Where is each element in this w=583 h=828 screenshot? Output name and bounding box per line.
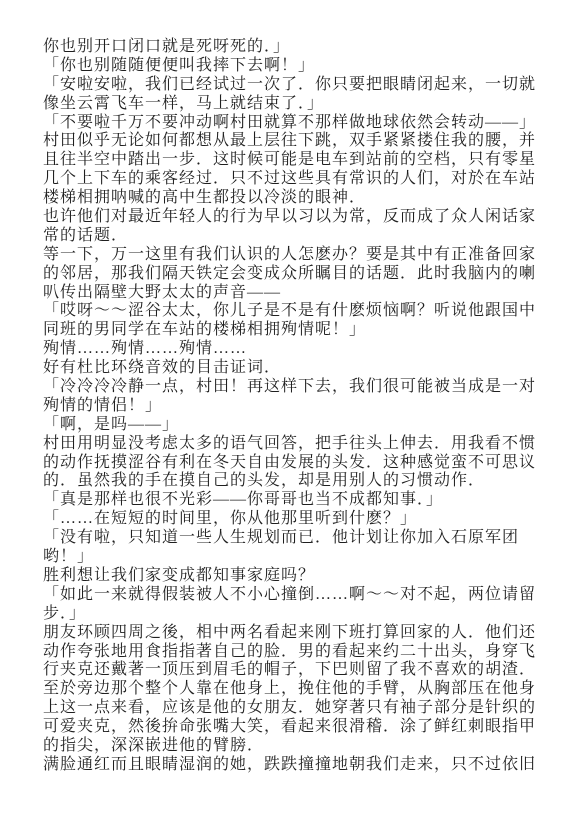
body-text: 你也别开口闭口就是死呀死的．」「你也别随随便便叫我摔下去啊！」「安啦安啦，我们已… xyxy=(43,38,543,775)
text-line: 殉情……殉情……殉情…… xyxy=(43,340,543,359)
book-page: 你也别开口闭口就是死呀死的．」「你也别随随便便叫我摔下去啊！」「安啦安啦，我们已… xyxy=(0,0,583,828)
text-line: 「啊，是吗——」 xyxy=(43,416,543,435)
text-line: 的指尖，深深嵌进他的臂膀． xyxy=(43,737,543,756)
text-line: 步．」 xyxy=(43,605,543,624)
text-line: 「没有啦，只知道一些人生规划而已．他计划让你加入石原军团 xyxy=(43,529,543,548)
text-line: 你也别开口闭口就是死呀死的．」 xyxy=(43,38,543,57)
text-line: 胜利想让我们家变成都知事家庭吗？ xyxy=(43,567,543,586)
text-line: 「如此一来就得假装被人不小心撞倒……啊～～对不起，两位请留 xyxy=(43,586,543,605)
text-line: 且往半空中踏出一步．这时候可能是电车到站前的空档，只有零星 xyxy=(43,151,543,170)
text-line: 「不要啦千万不要冲动啊村田就算不那样做地球依然会转动——」 xyxy=(43,114,543,133)
text-line: 上这一点来看，应该是他的女朋友．她穿著只有袖子部分是针织的 xyxy=(43,699,543,718)
text-line: 几个上下车的乘客经过．只不过这些具有常识的人们，对於在车站 xyxy=(43,170,543,189)
text-line: 「……在短短的时间里，你从他那里听到什麽？」 xyxy=(43,510,543,529)
text-line: 至於旁边那个整个人靠在他身上，挽住他的手臂，从胸部压在他身 xyxy=(43,680,543,699)
text-line: 的邻居，那我们隔天铁定会变成众所瞩目的话题．此时我脑内的喇 xyxy=(43,265,543,284)
text-line: 的动作抚摸涩谷有利在冬天自由发展的头发．这种感觉蛮不可思议 xyxy=(43,454,543,473)
text-line: 楼梯相拥呐喊的高中生都投以冷淡的眼神． xyxy=(43,189,543,208)
text-line: 常的话题． xyxy=(43,227,543,246)
text-line: 也许他们对最近年轻人的行为早以习以为常，反而成了众人闲话家 xyxy=(43,208,543,227)
text-line: 「你也别随随便便叫我摔下去啊！」 xyxy=(43,57,543,76)
text-line: 哟！」 xyxy=(43,548,543,567)
text-line: 的．虽然我的手在摸自己的头发，却是用别人的习惯动作． xyxy=(43,472,543,491)
text-line: 村田用明显没考虑太多的语气回答，把手往头上伸去．用我看不惯 xyxy=(43,435,543,454)
text-line: 满脸通红而且眼睛湿润的她，跌跌撞撞地朝我们走来，只不过依旧 xyxy=(43,756,543,775)
text-line: 朋友环顾四周之後，相中两名看起来刚下班打算回家的人．他们还 xyxy=(43,624,543,643)
text-line: 动作夸张地用食指指著自己的脸．男的看起来约二十出头，身穿飞 xyxy=(43,643,543,662)
text-line: 「真是那样也很不光彩——你哥哥也当不成都知事．」 xyxy=(43,491,543,510)
text-line: 好有杜比环绕音效的目击证词． xyxy=(43,359,543,378)
text-line: 等一下，万一这里有我们认识的人怎麽办？要是其中有正准备回家 xyxy=(43,246,543,265)
text-line: 「安啦安啦，我们已经试过一次了．你只要把眼睛闭起来，一切就 xyxy=(43,76,543,95)
text-line: 「哎呀～～涩谷太太，你儿子是不是有什麽烦恼啊？听说他跟国中 xyxy=(43,302,543,321)
text-line: 「冷冷冷冷静一点，村田！再这样下去，我们很可能被当成是一对 xyxy=(43,378,543,397)
text-line: 村田似乎无论如何都想从最上层往下跳，双手紧紧搂住我的腰，并 xyxy=(43,132,543,151)
text-line: 像坐云霄飞车一样，马上就结束了．」 xyxy=(43,95,543,114)
text-line: 同班的男同学在车站的楼梯相拥殉情呢！」 xyxy=(43,321,543,340)
text-line: 殉情的情侣！」 xyxy=(43,397,543,416)
text-line: 可爱夹克，然後拚命张嘴大笑，看起来很滑稽．涂了鲜红刺眼指甲 xyxy=(43,718,543,737)
text-line: 行夹克还戴著一顶压到眉毛的帽子，下巴则留了我不喜欢的胡渣． xyxy=(43,661,543,680)
text-line: 叭传出隔壁大野太太的声音—— xyxy=(43,284,543,303)
